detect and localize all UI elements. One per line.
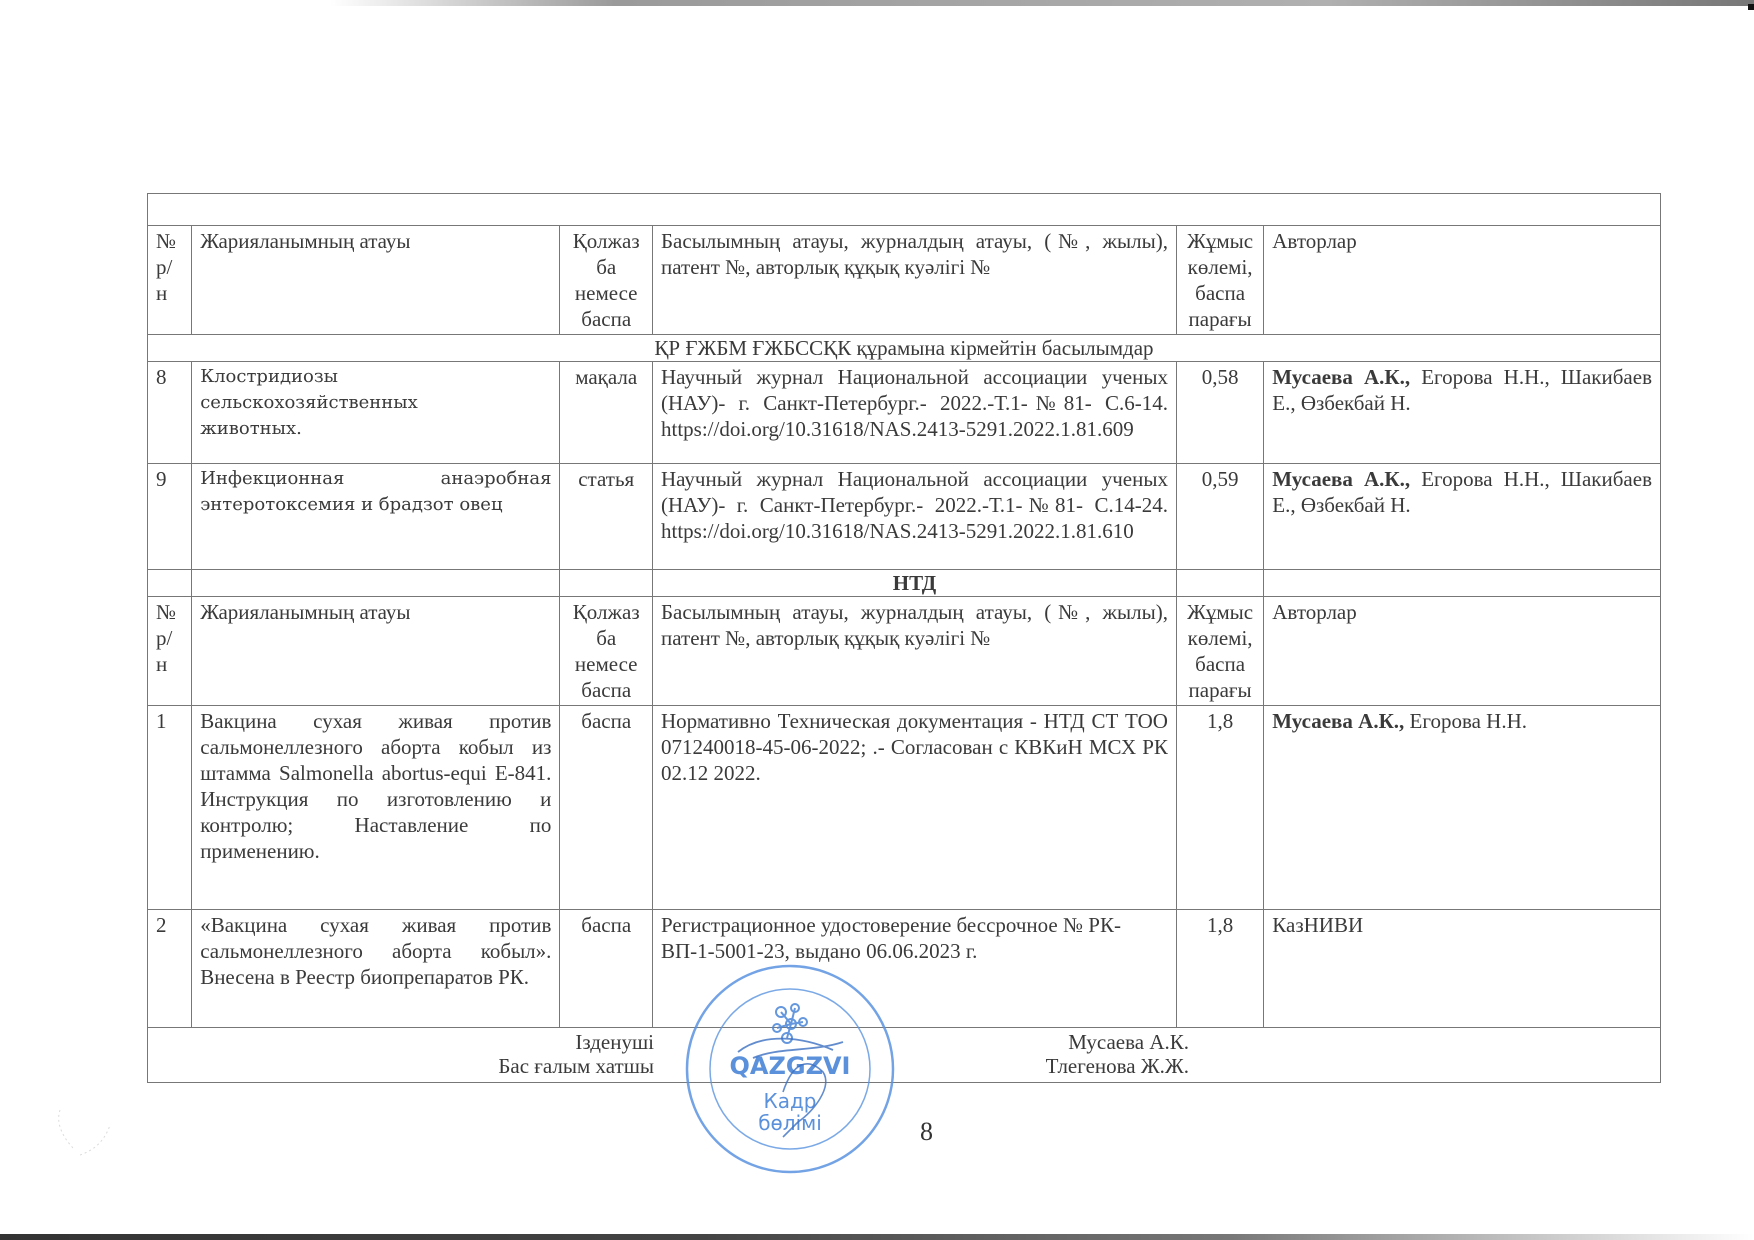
publications-table: № р/н Жарияланымның атауы Қолжаз ба неме… [147, 193, 1661, 1083]
header-volume: Жұмыс көлемі, баспа парағы [1176, 226, 1263, 335]
header-publication: Басылымның атауы, журналдың атауы, (№, ж… [653, 597, 1177, 706]
header-type-line: немесе [568, 280, 644, 306]
row-type: мақала [560, 362, 653, 464]
signature-names: Мусаева А.К. Тлегенова Ж.Ж. [654, 1030, 1652, 1078]
scan-edge-mark [1748, 4, 1754, 10]
role-applicant: Ізденуші [156, 1030, 654, 1054]
row-authors: Мусаева А.К., Егорова Н.Н. [1264, 706, 1661, 910]
section-empty-cell [1264, 570, 1661, 597]
row-authors: КазНИВИ [1264, 910, 1661, 1028]
row-publication: Нормативно Техническая документация - НТ… [653, 706, 1177, 910]
co-authors: КазНИВИ [1272, 913, 1363, 937]
header-volume-line: парағы [1185, 306, 1255, 332]
header-num: № р/н [148, 597, 192, 706]
header-type-line: баспа [568, 677, 644, 703]
header-volume-line: парағы [1185, 677, 1255, 703]
scan-edge-bottom [0, 1234, 1754, 1240]
co-authors: Егорова Н.Н. [1404, 709, 1527, 733]
table-row: 1 Вакцина сухая живая против сальмонелле… [148, 706, 1661, 910]
signature-row: Ізденуші Бас ғалым хатшы Мусаева А.К. Тл… [148, 1028, 1661, 1083]
row-type: статья [560, 464, 653, 570]
table-top-blank-row [148, 194, 1661, 226]
row-title-line: сельскохозяйственных [200, 390, 551, 416]
section-row-ntd: НТД [148, 570, 1661, 597]
scan-edge-top [330, 0, 1754, 6]
row-title: Инфекционная анаэробная энтеротоксемия и… [192, 464, 560, 570]
row-volume: 0,59 [1176, 464, 1263, 570]
header-num-line: № [156, 228, 183, 254]
header-num-line: р/н [156, 254, 183, 306]
header-type-line: Қолжаз [568, 228, 644, 254]
section-title: НТД [653, 570, 1177, 597]
table-header-row: № р/н Жарияланымның атауы Қолжаз ба неме… [148, 226, 1661, 335]
row-num: 1 [148, 706, 192, 910]
row-title: Клостридиозы сельскохозяйственных животн… [192, 362, 560, 464]
header-type-line: баспа [568, 306, 644, 332]
header-volume-line: көлемі, [1185, 625, 1255, 651]
row-volume: 1,8 [1176, 706, 1263, 910]
row-publication: Научный журнал Национальной ассоциации у… [653, 362, 1177, 464]
header-publication: Басылымның атауы, журналдың атауы, (№, ж… [653, 226, 1177, 335]
signature-cell: Ізденуші Бас ғалым хатшы Мусаева А.К. Тл… [148, 1028, 1661, 1083]
header-num: № р/н [148, 226, 192, 335]
header-authors: Авторлар [1264, 597, 1661, 706]
lead-author: Мусаева А.К., [1272, 709, 1404, 733]
row-volume: 1,8 [1176, 910, 1263, 1028]
header-type-line: Қолжаз [568, 599, 644, 625]
section-title: ҚР ҒЖБМ ҒЖБССҚК құрамына кірмейтін басыл… [148, 335, 1661, 362]
page-number: 8 [920, 1117, 933, 1147]
signature-roles: Ізденуші Бас ғалым хатшы [156, 1030, 654, 1078]
row-publication: Регистрационное удостоверение бессрочное… [653, 910, 1177, 1028]
svg-text:бөлімі: бөлімі [758, 1111, 822, 1135]
header-title: Жарияланымның атауы [192, 597, 560, 706]
row-type: баспа [560, 706, 653, 910]
header-type-line: ба [568, 625, 644, 651]
row-type: баспа [560, 910, 653, 1028]
lead-author: Мусаева А.К., [1272, 365, 1410, 389]
section-empty-cell [1176, 570, 1263, 597]
header-volume-line: баспа [1185, 280, 1255, 306]
row-authors: Мусаева А.К., Егорова Н.Н., Шакибаев Е.,… [1264, 464, 1661, 570]
table-header-row: № р/н Жарияланымның атауы Қолжаз ба неме… [148, 597, 1661, 706]
header-volume-line: Жұмыс [1185, 228, 1255, 254]
header-authors: Авторлар [1264, 226, 1661, 335]
row-title: «Вакцина сухая живая против сальмонеллез… [192, 910, 560, 1028]
header-title: Жарияланымның атауы [192, 226, 560, 335]
header-volume-line: Жұмыс [1185, 599, 1255, 625]
section-empty-cell [148, 570, 192, 597]
section-row-non-committee: ҚР ҒЖБМ ҒЖБССҚК құрамына кірмейтін басыл… [148, 335, 1661, 362]
header-type: Қолжаз ба немесе баспа [560, 597, 653, 706]
lead-author: Мусаева А.К., [1272, 467, 1410, 491]
svg-text:Кадр: Кадр [764, 1089, 817, 1113]
header-num-line: р/н [156, 625, 183, 677]
table-row: 2 «Вакцина сухая живая против сальмонелл… [148, 910, 1661, 1028]
name-applicant: Мусаева А.К. [654, 1030, 1189, 1054]
row-num: 8 [148, 362, 192, 464]
row-title: Вакцина сухая живая против сальмонеллезн… [192, 706, 560, 910]
table-row: 8 Клостридиозы сельскохозяйственных живо… [148, 362, 1661, 464]
header-type-line: немесе [568, 651, 644, 677]
header-volume-line: көлемі, [1185, 254, 1255, 280]
row-num: 9 [148, 464, 192, 570]
name-chief-secretary: Тлегенова Ж.Ж. [654, 1054, 1189, 1078]
row-publication: Научный журнал Национальной ассоциации у… [653, 464, 1177, 570]
role-chief-secretary: Бас ғалым хатшы [156, 1054, 654, 1078]
row-title-line: Клостридиозы [200, 364, 551, 390]
row-title-line: животных. [200, 416, 551, 442]
section-empty-cell [192, 570, 560, 597]
scan-speck-icon [50, 1105, 130, 1165]
header-type: Қолжаз ба немесе баспа [560, 226, 653, 335]
table-row: 9 Инфекционная анаэробная энтеротоксемия… [148, 464, 1661, 570]
row-volume: 0,58 [1176, 362, 1263, 464]
header-volume: Жұмыс көлемі, баспа парағы [1176, 597, 1263, 706]
header-type-line: ба [568, 254, 644, 280]
row-authors: Мусаева А.К., Егорова Н.Н., Шакибаев Е.,… [1264, 362, 1661, 464]
header-volume-line: баспа [1185, 651, 1255, 677]
row-num: 2 [148, 910, 192, 1028]
section-empty-cell [560, 570, 653, 597]
header-num-line: № [156, 599, 183, 625]
